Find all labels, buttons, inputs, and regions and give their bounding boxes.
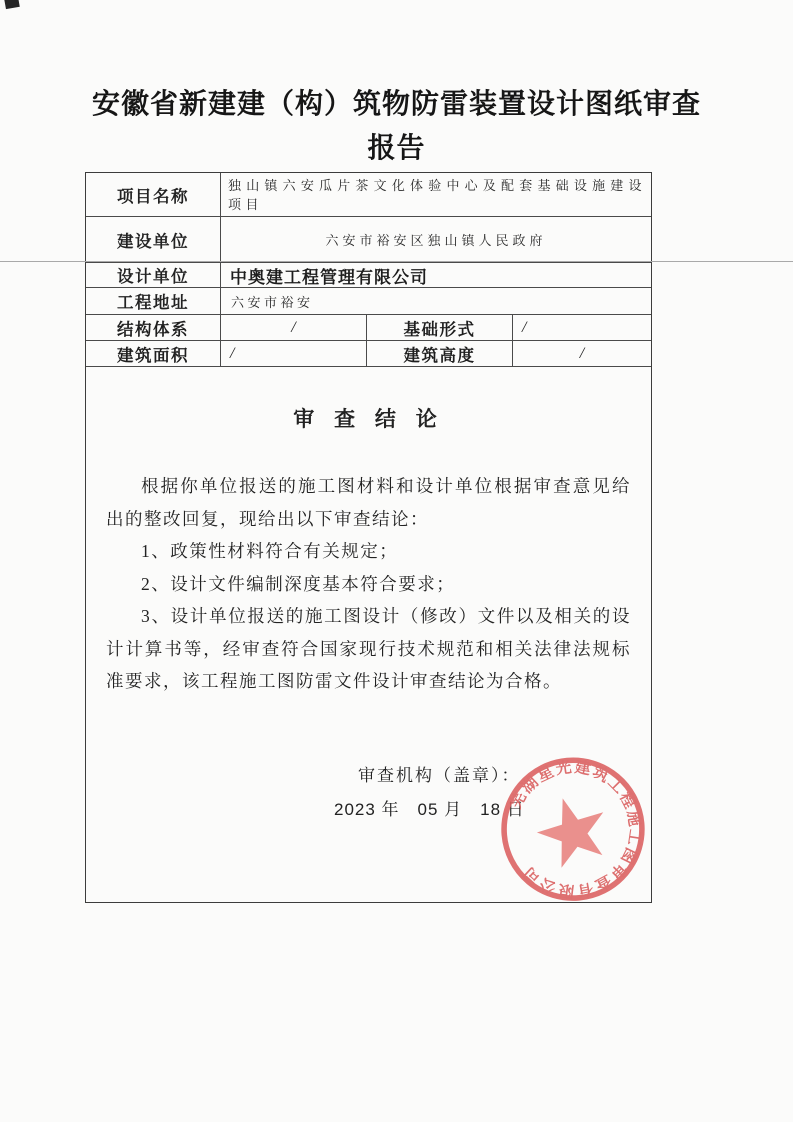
building-height-label: 建筑高度 xyxy=(367,341,513,366)
scan-fold-line xyxy=(0,261,793,262)
table-row-structure-foundation: 结构体系 / 基础形式 / xyxy=(86,315,651,341)
building-area-value: / xyxy=(221,341,367,366)
conclusion-paragraph-intro: 根据你单位报送的施工图材料和设计单位根据审查意见给出的整改回复，现给出以下审查结… xyxy=(106,470,631,535)
building-area-label: 建筑面积 xyxy=(86,341,221,366)
design-unit-label: 设计单位 xyxy=(86,263,221,287)
table-row-project-name: 项目名称 独山镇六安瓜片茶文化体验中心及配套基础设施建设项目 xyxy=(86,173,651,217)
review-date: 2023 年 05 月 18 日 xyxy=(334,795,525,820)
table-row-project-address: 工程地址 六安市裕安 xyxy=(86,288,651,315)
review-conclusion-body: 根据你单位报送的施工图材料和设计单位根据审查意见给出的整改回复，现给出以下审查结… xyxy=(86,470,651,698)
table-row-construction-unit: 建设单位 六安市裕安区独山镇人民政府 xyxy=(86,217,651,263)
project-address-value: 六安市裕安 xyxy=(221,288,651,314)
table-row-design-unit: 设计单位 中奥建工程管理有限公司 xyxy=(86,263,651,288)
document-title: 安徽省新建建（构）筑物防雷装置设计图纸审查 报告 xyxy=(0,82,793,170)
foundation-type-label: 基础形式 xyxy=(367,315,513,340)
structure-system-value: / xyxy=(221,315,367,340)
foundation-type-value: / xyxy=(513,315,651,340)
document-title-line2: 报告 xyxy=(0,126,793,170)
review-conclusion-heading: 审 查 结 论 xyxy=(86,403,651,433)
project-info-table: 项目名称 独山镇六安瓜片茶文化体验中心及配套基础设施建设项目 建设单位 六安市裕… xyxy=(85,172,652,903)
conclusion-paragraph-item2: 2、设计文件编制深度基本符合要求； xyxy=(106,568,631,601)
scanned-document-page: 安徽省新建建（构）筑物防雷装置设计图纸审查 报告 项目名称 独山镇六安瓜片茶文化… xyxy=(0,0,793,1122)
construction-unit-value: 六安市裕安区独山镇人民政府 xyxy=(221,217,651,262)
project-address-label: 工程地址 xyxy=(86,288,221,314)
construction-unit-label: 建设单位 xyxy=(86,217,221,262)
project-name-label: 项目名称 xyxy=(86,173,221,216)
conclusion-paragraph-item1: 1、政策性材料符合有关规定； xyxy=(106,535,631,568)
review-conclusion-cell: 审 查 结 论 根据你单位报送的施工图材料和设计单位根据审查意见给出的整改回复，… xyxy=(86,367,651,902)
conclusion-paragraph-item3: 3、设计单位报送的施工图设计（修改）文件以及相关的设计计算书等，经审查符合国家现… xyxy=(106,600,631,698)
scan-corner-mark xyxy=(4,0,20,9)
review-agency-seal-label: 审查机构（盖章）： xyxy=(358,761,521,786)
document-title-line1: 安徽省新建建（构）筑物防雷装置设计图纸审查 xyxy=(0,82,793,126)
project-name-value: 独山镇六安瓜片茶文化体验中心及配套基础设施建设项目 xyxy=(221,173,651,216)
table-row-area-height: 建筑面积 / 建筑高度 / xyxy=(86,341,651,367)
design-unit-value: 中奥建工程管理有限公司 xyxy=(221,263,651,287)
structure-system-label: 结构体系 xyxy=(86,315,221,340)
building-height-value: / xyxy=(513,341,651,366)
